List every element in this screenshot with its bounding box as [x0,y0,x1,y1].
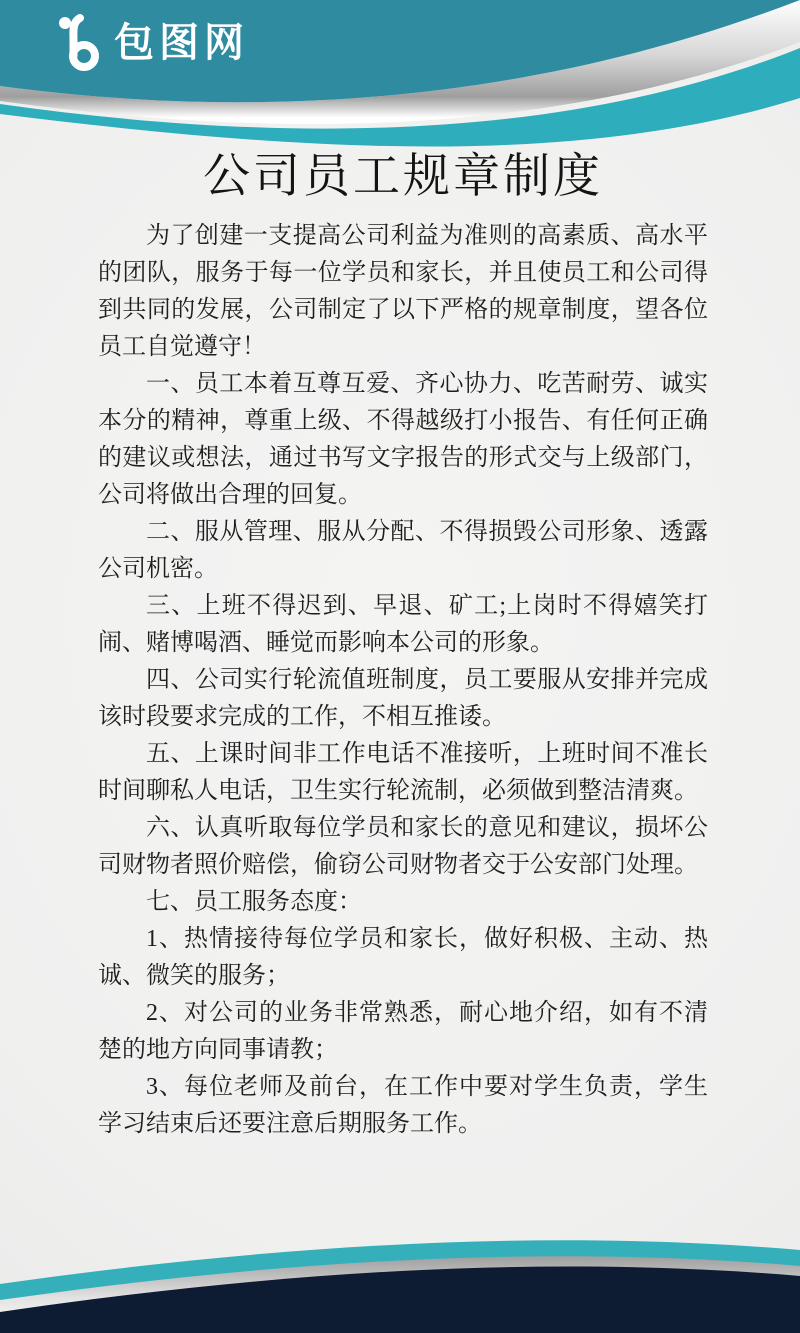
rule-paragraph: 六、认真听取每位学员和家长的意见和建议，损坏公司财物者照价赔偿，偷窃公司财物者交… [98,810,708,884]
page-title: 公司员工规章制度 [98,144,708,210]
rule-paragraph: 三、上班不得迟到、早退、矿工;上岗时不得嬉笑打闹、赌博喝酒、睡觉而影响本公司的形… [98,588,708,662]
brand-logo-text: 包图网 [114,23,249,63]
poster-page: 包图网 公司员工规章制度 为了创建一支提高公司利益为准则的高素质、高水平的团队，… [0,0,800,1333]
rule-paragraph: 为了创建一支提高公司利益为准则的高素质、高水平的团队，服务于每一位学员和家长，并… [98,218,708,366]
rule-paragraph: 2、对公司的业务非常熟悉，耐心地介绍，如有不清楚的地方向同事请教； [98,995,708,1069]
document-content: 公司员工规章制度 为了创建一支提高公司利益为准则的高素质、高水平的团队，服务于每… [98,144,708,1143]
footer-wave [0,1158,800,1333]
rules-body: 为了创建一支提高公司利益为准则的高素质、高水平的团队，服务于每一位学员和家长，并… [98,218,708,1143]
rule-paragraph: 二、服从管理、服从分配、不得损毁公司形象、透露公司机密。 [98,514,708,588]
rule-paragraph: 3、每位老师及前台，在工作中要对学生负责，学生学习结束后还要注意后期服务工作。 [98,1069,708,1143]
rule-paragraph: 一、员工本着互尊互爱、齐心协力、吃苦耐劳、诚实本分的精神，尊重上级、不得越级打小… [98,366,708,514]
rule-paragraph: 五、上课时间非工作电话不准接听，上班时间不准长时间聊私人电话，卫生实行轮流制，必… [98,736,708,810]
rule-paragraph: 四、公司实行轮流值班制度，员工要服从安排并完成该时段要求完成的工作，不相互推诿。 [98,662,708,736]
brand-logo-icon [56,14,102,72]
brand-logo: 包图网 [56,14,249,72]
rule-paragraph: 七、员工服务态度： [98,884,708,921]
rule-paragraph: 1、热情接待每位学员和家长，做好积极、主动、热诚、微笑的服务； [98,921,708,995]
